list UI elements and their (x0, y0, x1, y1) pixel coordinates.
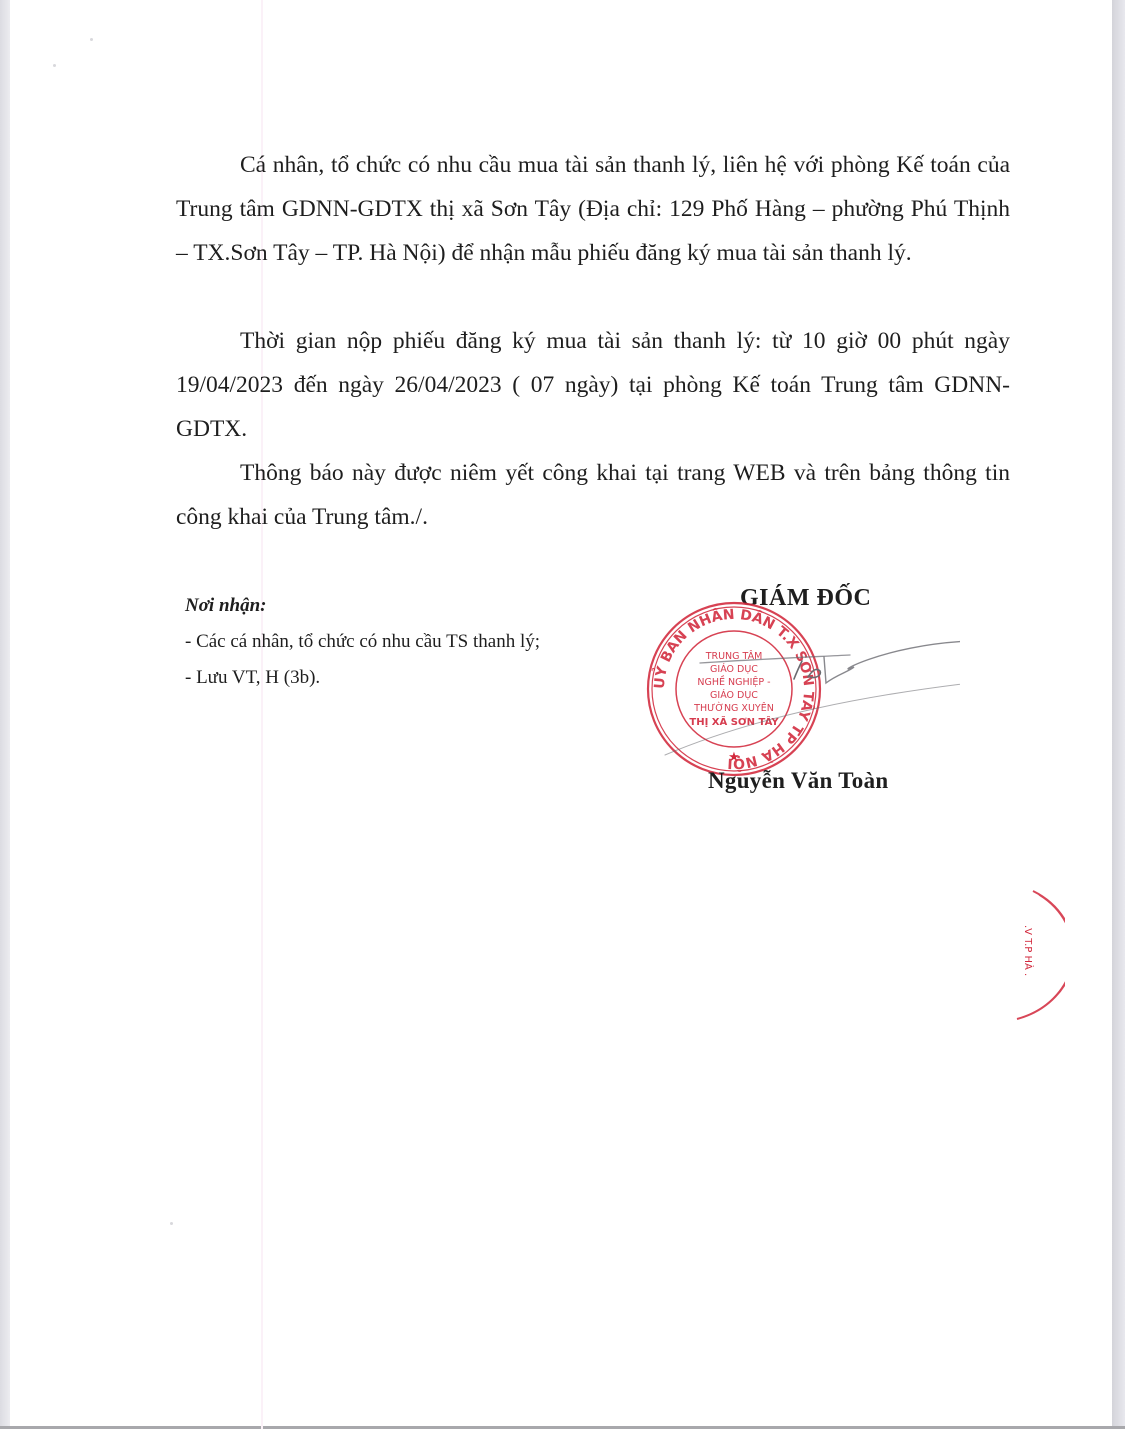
partial-stamp-icon: .V T.P HÀ . (995, 885, 1065, 1025)
svg-text:.V T.P HÀ .: .V T.P HÀ . (1022, 925, 1035, 976)
paper-speck (53, 64, 56, 67)
recipients-block: Nơi nhận: - Các cá nhân, tổ chức có nhu … (185, 588, 540, 696)
recipients-title: Nơi nhận: (185, 588, 540, 624)
paragraph-submission-time-text: Thời gian nộp phiếu đăng ký mua tài sản … (176, 328, 1010, 442)
viewer-right-edge (1112, 0, 1125, 1429)
paper-speck (170, 1222, 173, 1225)
recipient-item: - Các cá nhân, tổ chức có nhu cầu TS tha… (185, 624, 540, 660)
paragraph-contact: Cá nhân, tổ chức có nhu cầu mua tài sản … (176, 143, 1010, 275)
paragraph-submission-time: Thời gian nộp phiếu đăng ký mua tài sản … (176, 319, 1010, 451)
signature-block: GIÁM ĐỐC UỶ BAN NHÂN DÂN T.X SƠN TÂY TP … (640, 585, 960, 815)
signer-name: Nguyễn Văn Toàn (708, 768, 889, 794)
paper-speck (90, 38, 93, 41)
recipient-item: - Lưu VT, H (3b). (185, 660, 540, 696)
viewer-left-edge (0, 0, 10, 1429)
paragraph-publication-text: Thông báo này được niêm yết công khai tạ… (176, 460, 1010, 530)
paragraph-contact-text: Cá nhân, tổ chức có nhu cầu mua tài sản … (176, 152, 1010, 266)
paragraph-publication: Thông báo này được niêm yết công khai tạ… (176, 451, 1010, 539)
